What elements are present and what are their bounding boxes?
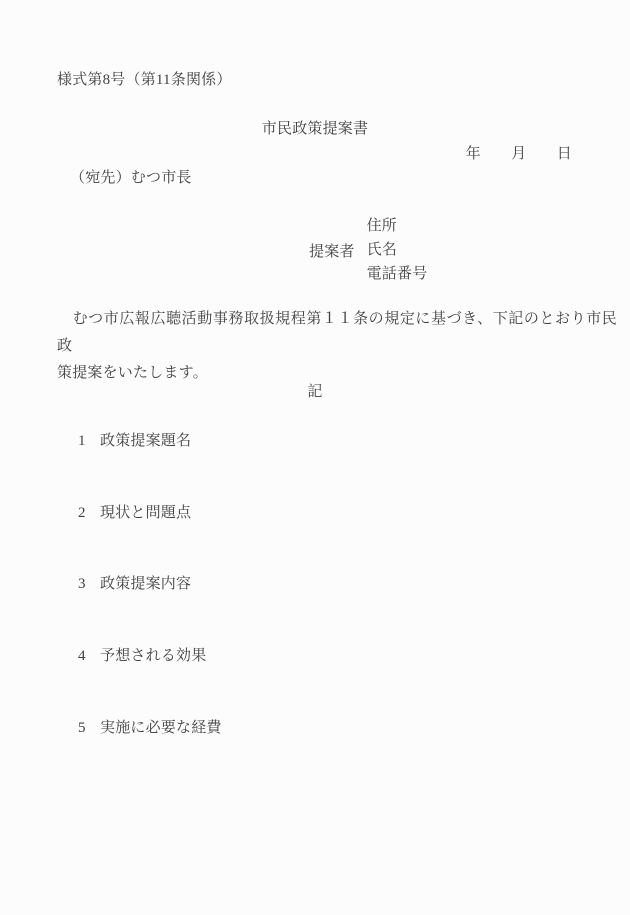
item-label: 政策提案題名 (100, 433, 191, 449)
date-line: 年 月 日 (466, 142, 572, 163)
proposer-address-label: 住所 (367, 214, 428, 238)
proposer-block: 提案者 住所 氏名 電話番号 (309, 214, 427, 286)
list-item: 5実施に必要な経費 (78, 716, 222, 737)
document-page: 様式第8号（第11条関係） 市民政策提案書 年 月 日 （宛先）むつ市長 提案者… (0, 0, 630, 915)
list-item: 2現状と問題点 (78, 501, 191, 522)
proposer-phone-label: 電話番号 (367, 262, 428, 286)
item-number: 3 (78, 576, 100, 593)
item-label: 現状と問題点 (100, 505, 191, 521)
proposer-role-label: 提案者 (309, 240, 355, 261)
list-item: 1政策提案題名 (78, 429, 191, 450)
item-number: 5 (78, 720, 100, 737)
proposer-name-label: 氏名 (367, 238, 428, 262)
item-label: 政策提案内容 (100, 576, 191, 592)
item-number: 2 (78, 505, 100, 522)
list-item: 3政策提案内容 (78, 572, 191, 593)
proposer-fields: 住所 氏名 電話番号 (367, 214, 428, 286)
addressee-line: （宛先）むつ市長 (70, 166, 192, 187)
list-item: 4予想される効果 (78, 644, 206, 665)
item-label: 予想される効果 (100, 648, 206, 664)
body-paragraph: むつ市広報広聴活動事務取扱規程第１１条の規定に基づき、下記のとおり市民政 策提案… (57, 306, 617, 387)
item-number: 1 (78, 433, 100, 450)
form-number: 様式第8号（第11条関係） (57, 68, 232, 89)
record-marker: 記 (0, 380, 630, 401)
document-title: 市民政策提案書 (0, 117, 630, 138)
item-label: 実施に必要な経費 (100, 720, 222, 736)
item-number: 4 (78, 648, 100, 665)
